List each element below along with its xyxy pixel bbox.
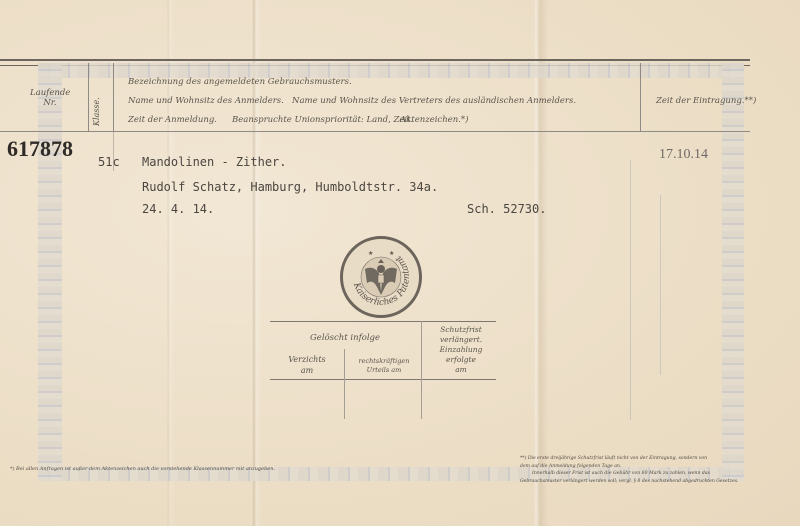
guilloche-border-left (38, 63, 62, 481)
column-divider-klasse-left (88, 63, 89, 131)
header-unionsprioritaet: Beanspruchte Unionspriorität: Land, Zeit… (232, 115, 413, 125)
verzicht-am-label: am (282, 365, 332, 376)
verlaengert-label: verlängert. (426, 335, 496, 345)
verzicht-label: Verzichts (282, 354, 332, 365)
klasse-value: 51c (98, 155, 120, 169)
eintragung-date-value: 17.10.14 (659, 147, 708, 163)
footnote-line-2: dem auf die Anmeldung folgenden Tage an. (520, 463, 739, 471)
footnote-schutzfrist: **) Die erste dreijährige Schutzfrist lä… (520, 455, 739, 485)
registration-number: 617878 (7, 136, 73, 162)
schutzfrist-label: Schutzfrist (426, 325, 496, 335)
header-bezeichnung: Bezeichnung des angemeldeten Gebrauchsmu… (128, 77, 352, 87)
anmeldung-date-value: 24. 4. 14. (142, 202, 214, 216)
show-through-watermark (410, 148, 450, 160)
column-divider-klasse-right (113, 63, 114, 131)
header-nr-label: Nr. (30, 98, 70, 108)
header-aktenzeichen: Aktenzeichen.*) (400, 115, 468, 125)
imperial-eagle-icon: Kaiserliches Patentamt ★ ★ (343, 239, 419, 315)
column-divider-eintragung (640, 63, 641, 131)
aktenzeichen-value: Sch. 52730. (467, 202, 546, 216)
header-name-vertreter: Name und Wohnsitz des Vertreters des aus… (292, 96, 576, 106)
einzahlung-label: Einzahlung (426, 345, 496, 355)
svg-text:★: ★ (389, 250, 394, 257)
erfolgte-am-label: am (426, 365, 496, 375)
patentamt-seal: Kaiserliches Patentamt ★ ★ (340, 236, 422, 318)
urteil-am-label: Urteils am (348, 366, 420, 375)
urteil-label: rechtskräftigen (348, 357, 420, 366)
loeschung-col-urteil: rechtskräftigen Urteils am (348, 357, 420, 375)
loeschung-col-divider-1 (344, 349, 345, 419)
header-zeit-anmeldung: Zeit der Anmeldung. (128, 115, 217, 125)
guilloche-border-right (722, 63, 744, 481)
schutzfrist-column: Schutzfrist verlängert. Einzahlung erfol… (426, 325, 496, 375)
header-name-anmelder: Name und Wohnsitz des Anmelders. (128, 96, 284, 106)
header-klasse: Klasse. (92, 97, 101, 126)
loeschung-table-top-rule (270, 321, 496, 322)
guilloche-border-top (38, 63, 744, 78)
loeschung-col-divider-2 (421, 321, 422, 419)
header-zeit-eintragung: Zeit der Eintragung.**) (656, 96, 756, 106)
svg-text:★: ★ (368, 250, 373, 257)
footnote-line-1: **) Die erste dreijährige Schutzfrist lä… (520, 455, 739, 463)
loeschung-title: Gelöscht infolge (310, 333, 380, 343)
loeschung-col-verzicht: Verzichts am (282, 354, 332, 376)
header-laufende-label: Laufende (30, 88, 70, 98)
header-laufende-nr: Laufende Nr. (30, 88, 70, 108)
show-through-vertical-rule (630, 160, 631, 420)
erfolgte-label: erfolgte (426, 355, 496, 365)
loeschung-table-header-rule (270, 379, 496, 380)
anmelder-value: Rudolf Schatz, Hamburg, Humboldtstr. 34a… (142, 180, 438, 194)
show-through-vertical-rule (660, 195, 661, 375)
footnote-aktenzeichen: *) Bei allen Anfragen ist außer dem Akte… (10, 466, 275, 472)
bezeichnung-value: Mandolinen - Zither. (142, 155, 287, 169)
footnote-line-4: Gebrauchsmuster verlängert werden soll; … (520, 478, 739, 486)
footnote-line-3: Innerhalb dieser Frist ist auch die Gebü… (520, 470, 739, 478)
